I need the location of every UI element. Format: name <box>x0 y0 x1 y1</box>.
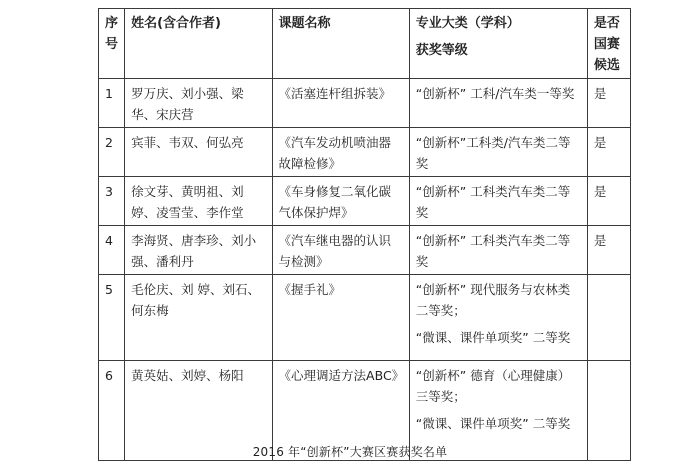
cell-national: 是 <box>587 79 630 128</box>
award-list-table: 序号 姓名(含合作者) 课题名称 专业大类（学科） 获奖等级 是否国赛候选 1 … <box>98 8 631 461</box>
table-row: 4 李海贤、唐李珍、刘小强、潘利丹 《汽车继电器的认识与检测》 “创新杯” 工科… <box>99 226 631 275</box>
cell-national <box>587 275 630 361</box>
cell-names: 毛伦庆、刘 婷、刘石、何东梅 <box>125 275 272 361</box>
table-row: 5 毛伦庆、刘 婷、刘石、何东梅 《握手礼》 “创新杯” 现代服务与农林类 二等… <box>99 275 631 361</box>
header-category-line1: 专业大类（学科） <box>416 16 520 31</box>
cell-national: 是 <box>587 177 630 226</box>
table-row: 3 徐文芽、黄明祖、刘婷、凌雪莹、李作堂 《车身修复二氧化碳气体保护焊》 “创新… <box>99 177 631 226</box>
cell-names: 罗万庆、刘小强、梁华、宋庆营 <box>125 79 272 128</box>
cell-award: “创新杯” 现代服务与农林类 二等奖； “微课、课件单项奖” 二等奖 <box>409 275 587 361</box>
header-no: 序号 <box>99 9 125 79</box>
cell-no: 1 <box>99 79 125 128</box>
cell-award: “创新杯”工科类/汽车类二等奖 <box>409 128 587 177</box>
header-title: 课题名称 <box>272 9 409 79</box>
award-line: “创新杯”工科类/汽车类二等奖 <box>416 132 581 174</box>
award-line: “创新杯” 工科类汽车类二等奖 <box>416 230 581 272</box>
cell-names: 李海贤、唐李珍、刘小强、潘利丹 <box>125 226 272 275</box>
table-header-row: 序号 姓名(含合作者) 课题名称 专业大类（学科） 获奖等级 是否国赛候选 <box>99 9 631 79</box>
award-line: “微课、课件单项奖” 二等奖 <box>416 413 581 434</box>
table-caption: 2016 年“创新杯”大赛区赛获奖名单 <box>0 443 700 460</box>
header-names: 姓名(含合作者) <box>125 9 272 79</box>
cell-no: 5 <box>99 275 125 361</box>
award-line: “创新杯” 工科/汽车类一等奖 <box>416 83 581 104</box>
table-row: 2 宾菲、韦双、何弘亮 《汽车发动机喷油器故障检修》 “创新杯”工科类/汽车类二… <box>99 128 631 177</box>
award-line: “创新杯” 现代服务与农林类 二等奖； <box>416 279 581 321</box>
header-category-line2: 获奖等级 <box>416 40 581 61</box>
cell-no: 4 <box>99 226 125 275</box>
table-row: 1 罗万庆、刘小强、梁华、宋庆营 《活塞连杆组拆装》 “创新杯” 工科/汽车类一… <box>99 79 631 128</box>
cell-names: 徐文芽、黄明祖、刘婷、凌雪莹、李作堂 <box>125 177 272 226</box>
cell-title: 《车身修复二氧化碳气体保护焊》 <box>272 177 409 226</box>
cell-title: 《汽车继电器的认识与检测》 <box>272 226 409 275</box>
cell-award: “创新杯” 工科类汽车类二等奖 <box>409 226 587 275</box>
cell-no: 2 <box>99 128 125 177</box>
cell-award: “创新杯” 工科/汽车类一等奖 <box>409 79 587 128</box>
cell-title: 《汽车发动机喷油器故障检修》 <box>272 128 409 177</box>
header-national: 是否国赛候选 <box>587 9 630 79</box>
cell-title: 《活塞连杆组拆装》 <box>272 79 409 128</box>
cell-national: 是 <box>587 128 630 177</box>
cell-national: 是 <box>587 226 630 275</box>
award-line: “创新杯” 工科类汽车类二等奖 <box>416 181 581 223</box>
cell-names: 宾菲、韦双、何弘亮 <box>125 128 272 177</box>
cell-title: 《握手礼》 <box>272 275 409 361</box>
cell-award: “创新杯” 工科类汽车类二等奖 <box>409 177 587 226</box>
header-category: 专业大类（学科） 获奖等级 <box>409 9 587 79</box>
award-line: “微课、课件单项奖” 二等奖 <box>416 327 581 348</box>
cell-no: 3 <box>99 177 125 226</box>
award-line: “创新杯” 德育（心理健康）三等奖； <box>416 365 581 407</box>
